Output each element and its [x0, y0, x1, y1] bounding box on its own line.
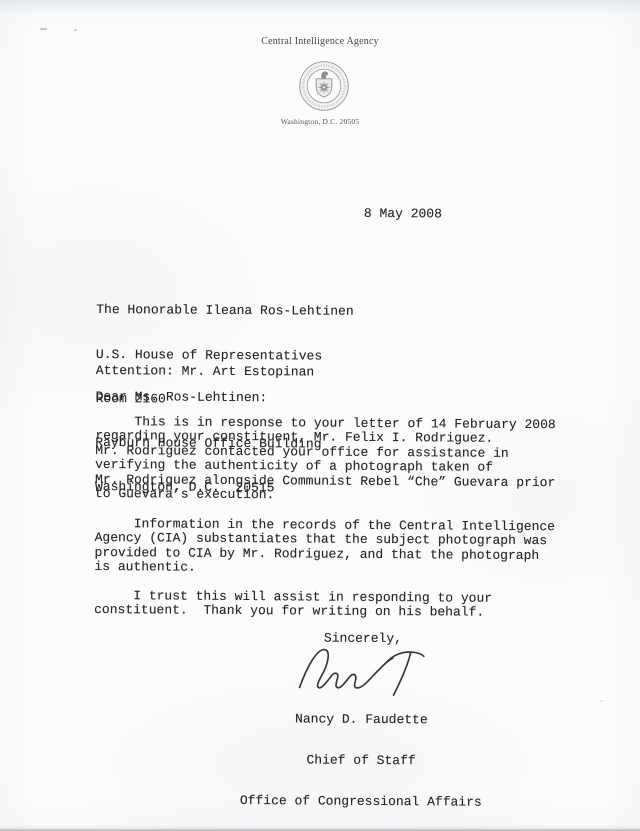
signature-block: Nancy D. Faudette Chief of Staff Office … [240, 685, 483, 831]
signer-name: Nancy D. Faudette [240, 712, 482, 727]
recipient-line: The Honorable Ileana Ros-Lehtinen [96, 303, 354, 320]
salutation: Dear Ms. Ros-Lehtinen: [96, 390, 268, 406]
scan-speck [74, 29, 77, 31]
body-paragraph: Information in the records of the Centra… [94, 517, 555, 578]
body-paragraph: This is in response to your letter of 14… [95, 415, 556, 505]
scanned-letter-page: Central Intelligence Agency Washington, … [0, 0, 640, 831]
recipient-line: U.S. House of Representatives [96, 348, 354, 365]
signer-title: Chief of Staff [240, 753, 482, 768]
letter-body: 8 May 2008 The Honorable Ileana Ros-Leht… [0, 0, 640, 831]
scan-speck [600, 700, 603, 702]
signer-office: Office of Congressional Affairs [240, 794, 482, 809]
body-paragraph: I trust this will assist in responding t… [94, 589, 492, 621]
attention-line: Attention: Mr. Art Estopinan [96, 364, 315, 380]
letter-date: 8 May 2008 [364, 207, 442, 222]
